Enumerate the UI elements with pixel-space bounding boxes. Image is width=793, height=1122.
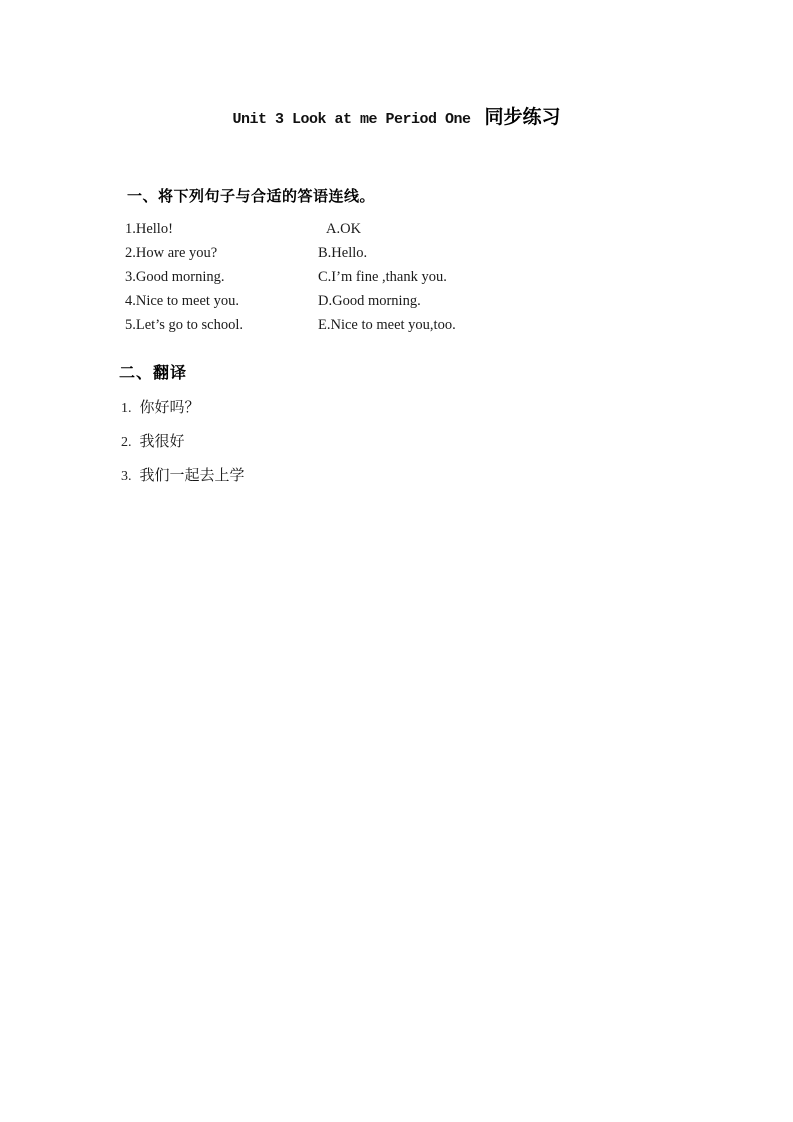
worksheet-page: Unit 3 Look at me Period One 同步练习 一、将下列句… (0, 0, 793, 1122)
match-answer: C.I’m fine ,thank you. (318, 265, 447, 289)
match-prompt: 1.Hello! (125, 217, 318, 241)
translation-exercise: 1.你好吗？ 2.我很好 3.我们一起去上学 (121, 399, 245, 501)
translation-text: 我们一起去上学 (140, 467, 245, 484)
match-row: 2.How are you? B.Hello. (125, 241, 456, 265)
match-prompt: 2.How are you? (125, 241, 318, 265)
match-answer: A.OK (318, 217, 361, 241)
match-answer: E.Nice to meet you,too. (318, 313, 456, 337)
match-row: 5.Let’s go to school. E.Nice to meet you… (125, 313, 456, 337)
page-title-english: Unit 3 Look at me Period One (232, 111, 470, 128)
translation-item: 1.你好吗？ (121, 399, 245, 416)
translation-text: 你好吗？ (140, 399, 200, 416)
match-prompt: 4.Nice to meet you. (125, 289, 318, 313)
match-row: 3.Good morning. C.I’m fine ,thank you. (125, 265, 456, 289)
match-answer: D.Good morning. (318, 289, 421, 313)
translation-item: 2.我很好 (121, 433, 245, 450)
translation-text: 我很好 (140, 433, 185, 450)
match-row: 4.Nice to meet you. D.Good morning. (125, 289, 456, 313)
section-2-heading: 二、翻译 (119, 360, 187, 383)
page-title-chinese: 同步练习 (485, 107, 561, 128)
translation-number: 1. (121, 401, 132, 416)
section-1-heading: 一、将下列句子与合适的答语连线。 (127, 185, 375, 206)
translation-item: 3.我们一起去上学 (121, 467, 245, 484)
match-prompt: 5.Let’s go to school. (125, 313, 318, 337)
page-title: Unit 3 Look at me Period One 同步练习 (0, 94, 793, 131)
matching-exercise: 1.Hello! A.OK 2.How are you? B.Hello. 3.… (125, 217, 456, 337)
translation-number: 3. (121, 469, 132, 484)
match-prompt: 3.Good morning. (125, 265, 318, 289)
translation-number: 2. (121, 435, 132, 450)
match-answer: B.Hello. (318, 241, 367, 265)
match-row: 1.Hello! A.OK (125, 217, 456, 241)
